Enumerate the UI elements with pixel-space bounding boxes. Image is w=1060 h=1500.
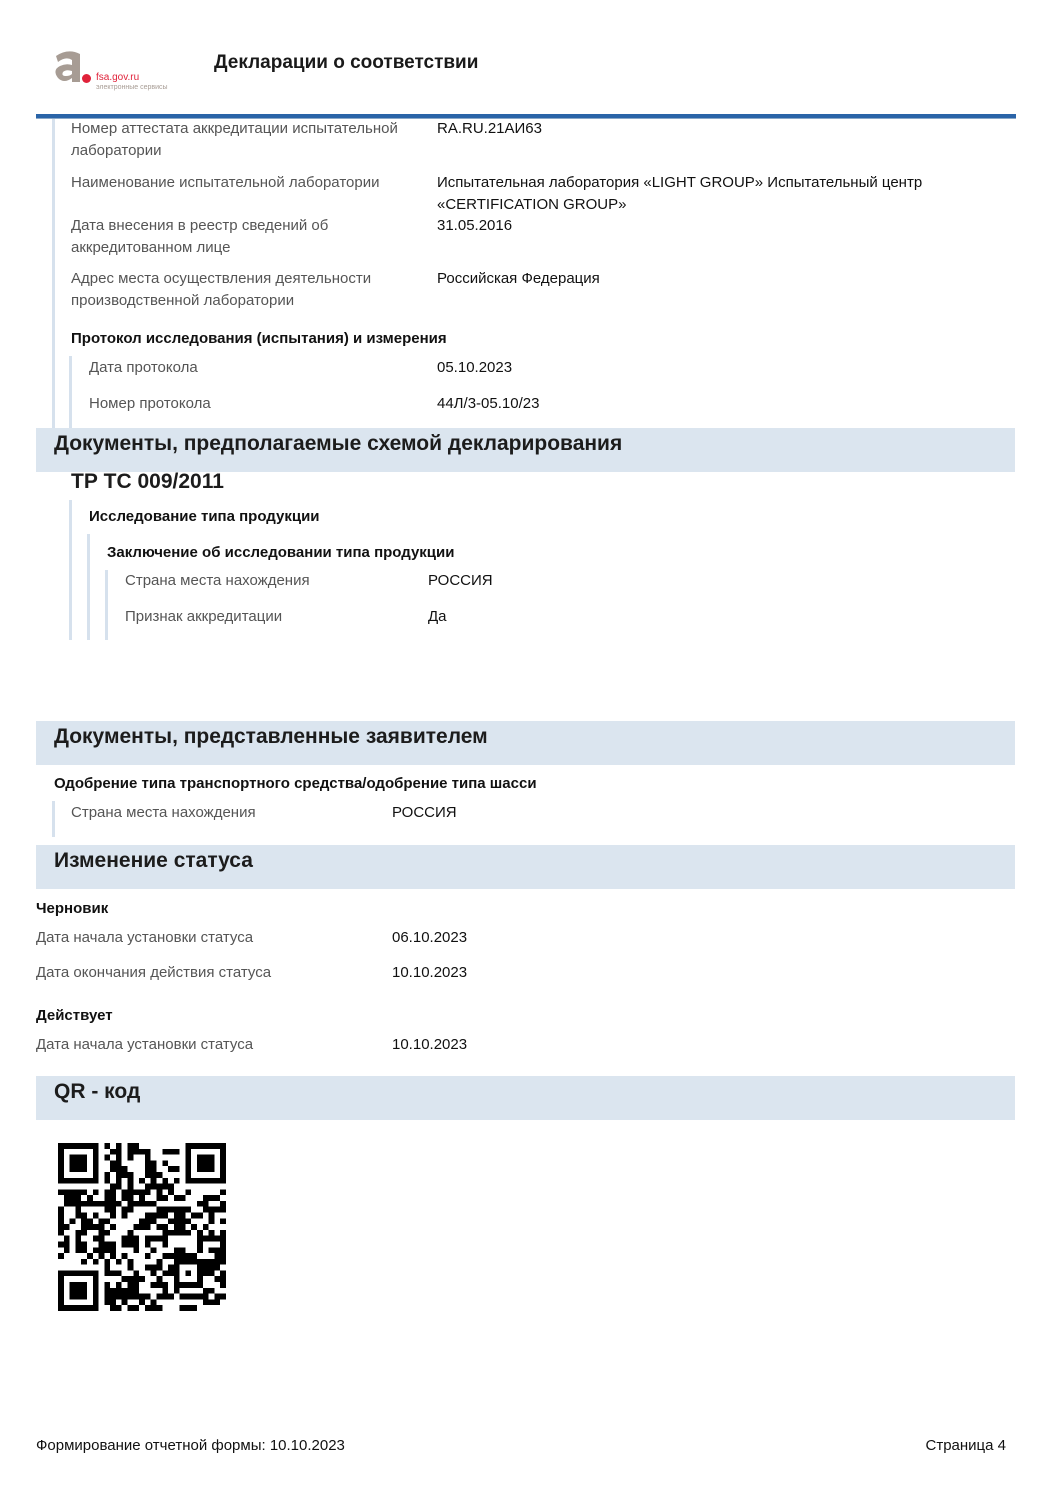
field-label: Признак аккредитации	[125, 606, 282, 628]
report-generated-date: Формирование отчетной формы: 10.10.2023	[36, 1437, 345, 1454]
logo-domain: fsa.gov.ru	[96, 72, 139, 83]
field-label: Дата протокола	[89, 357, 198, 379]
field-label: Дата окончания действия статуса	[36, 962, 271, 984]
qr-code-icon	[58, 1143, 226, 1311]
field-label: Дата начала установки статуса	[36, 927, 253, 949]
section-title: Изменение статуса	[54, 849, 253, 873]
logo-subtitle: электронные сервисы	[96, 84, 168, 91]
section-indent-bar	[105, 570, 108, 640]
field-label: Номер протокола	[89, 393, 211, 415]
field-value: 06.10.2023	[392, 927, 467, 949]
protocol-indent-bar	[69, 356, 72, 428]
field-value: РОССИЯ	[428, 570, 493, 592]
field-label: Наименование испытательной лаборатории	[71, 172, 431, 194]
field-value: Российская Федерация	[437, 268, 997, 290]
protocol-heading: Протокол исследования (испытания) и изме…	[71, 330, 447, 347]
section-indent-bar	[52, 801, 55, 837]
conclusion-heading: Заключение об исследовании типа продукци…	[107, 544, 454, 561]
field-value: RA.RU.21АИ63	[437, 118, 997, 140]
approval-heading: Одобрение типа транспортного средства/од…	[54, 775, 537, 792]
page-title: Декларации о соответствии	[214, 52, 478, 74]
section-indent-bar	[87, 534, 90, 640]
page-number: Страница 4	[926, 1437, 1007, 1454]
section-indent-bar	[52, 119, 55, 428]
field-value: Испытательная лаборатория «LIGHT GROUP» …	[437, 172, 977, 216]
field-label: Дата внесения в реестр сведений об аккре…	[71, 215, 371, 259]
status-name: Черновик	[36, 900, 108, 917]
field-label: Адрес места осуществления деятельности п…	[71, 268, 411, 312]
field-value: 44Л/3-05.10/23	[437, 393, 539, 415]
section-title: Документы, предполагаемые схемой деклари…	[54, 432, 622, 456]
status-name: Действует	[36, 1007, 113, 1024]
field-value: 31.05.2016	[437, 215, 997, 237]
section-indent-bar	[69, 500, 72, 640]
field-label: Дата начала установки статуса	[36, 1034, 253, 1056]
regulation-title: ТР ТС 009/2011	[71, 470, 224, 494]
field-label: Страна места нахождения	[71, 802, 256, 824]
section-header-qr	[36, 1076, 1015, 1120]
field-value: 10.10.2023	[392, 962, 467, 984]
field-label: Номер аттестата аккредитации испытательн…	[71, 118, 431, 162]
field-label: Страна места нахождения	[125, 570, 310, 592]
field-value: РОССИЯ	[392, 802, 457, 824]
field-value: Да	[428, 606, 447, 628]
section-title: Документы, представленные заявителем	[54, 725, 488, 749]
logo-dot-icon	[82, 74, 91, 83]
field-value: 10.10.2023	[392, 1034, 467, 1056]
field-value: 05.10.2023	[437, 357, 512, 379]
study-heading: Исследование типа продукции	[89, 508, 320, 525]
section-title: QR - код	[54, 1080, 140, 1104]
